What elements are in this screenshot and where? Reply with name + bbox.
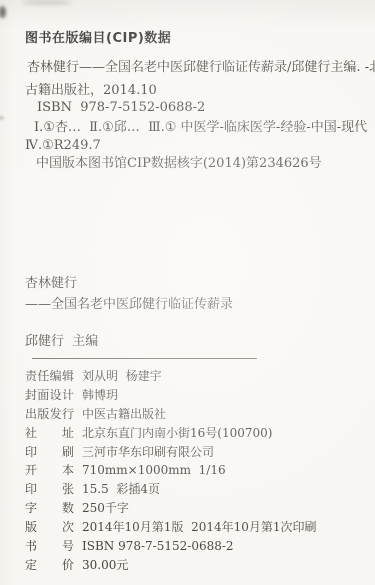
colophon-value: 710mm×1000mm 1/16: [82, 464, 226, 477]
cip-record-line-2: 古籍出版社，2014.10: [25, 84, 157, 98]
colophon-row: 书号 ISBN 978-7-5152-0688-2: [25, 540, 317, 559]
colophon-label: 书号: [25, 540, 74, 553]
colophon-value: 北京东直门内南小街16号(100700): [82, 427, 272, 440]
colophon-value: 刘从明 杨建宇: [82, 370, 162, 383]
colophon-value: 三河市华东印刷有限公司: [82, 446, 214, 459]
colophon: 责任编辑 刘从明 杨建宇 封面设计 韩博玥 出版发行 中医古籍出版社 社址 北京…: [25, 370, 317, 578]
colophon-row: 责任编辑 刘从明 杨建宇: [25, 370, 317, 389]
colophon-row: 开本 710mm×1000mm 1/16: [25, 464, 317, 483]
book-title: 杏林健行: [25, 277, 77, 291]
cip-copyright-page: { "page": { "background": "#f8f6f2", "te…: [0, 0, 375, 585]
classification-line-1: Ⅰ.①杏… Ⅱ.①邱… Ⅲ.① 中医学-临床医学-经验-中国-现代: [34, 121, 367, 135]
colophon-label: 出版发行: [25, 408, 74, 421]
colophon-row: 定价 30.00元: [25, 559, 317, 578]
colophon-label: 责任编辑: [25, 370, 74, 383]
colophon-label: 字数: [25, 502, 74, 515]
scan-smudge-corner: [0, 6, 6, 18]
colophon-row: 社址 北京东直门内南小街16号(100700): [25, 427, 317, 446]
cip-number-line: 中国版本图书馆CIP数据核字(2014)第234626号: [36, 157, 322, 171]
colophon-row: 字数 250千字: [25, 502, 317, 521]
colophon-label: 印张: [25, 483, 74, 496]
colophon-label: 开本: [25, 464, 74, 477]
colophon-value: 中医古籍出版社: [82, 408, 166, 421]
divider-line: [32, 358, 257, 359]
colophon-label: 封面设计: [25, 389, 74, 402]
colophon-row: 出版发行 中医古籍出版社: [25, 408, 317, 427]
colophon-value: ISBN 978-7-5152-0688-2: [82, 540, 234, 553]
scan-smudge-top: [22, 0, 72, 5]
colophon-value: 250千字: [82, 502, 129, 515]
colophon-label: 印刷: [25, 446, 74, 459]
colophon-row: 印刷 三河市华东印刷有限公司: [25, 446, 317, 465]
cip-record-line-1: 杏林健行——全国名老中医邱健行临证传薪录/邱健行主编. -北京： 中医: [27, 61, 375, 75]
colophon-row: 封面设计 韩博玥: [25, 389, 317, 408]
colophon-label: 定价: [25, 559, 74, 572]
isbn-line: ISBN 978-7-5152-0688-2: [37, 101, 205, 115]
colophon-value: 韩博玥: [82, 389, 118, 402]
cip-heading: 图书在版编目(CIP)数据: [25, 27, 171, 46]
book-author: 邱健行 主编: [25, 335, 98, 349]
book-subtitle: ——全国名老中医邱健行临证传薪录: [25, 298, 233, 312]
colophon-row: 版次 2014年10月第1版 2014年10月第1次印刷: [25, 521, 317, 540]
colophon-value: 2014年10月第1版 2014年10月第1次印刷: [82, 521, 317, 534]
colophon-row: 印张 15.5 彩插4页: [25, 483, 317, 502]
scan-smudge-left: [0, 116, 4, 120]
colophon-label: 社址: [25, 427, 74, 440]
colophon-value: 30.00元: [82, 559, 128, 572]
colophon-label: 版次: [25, 521, 74, 534]
classification-line-2: Ⅳ.①R249.7: [25, 139, 101, 153]
colophon-value: 15.5 彩插4页: [82, 483, 160, 496]
